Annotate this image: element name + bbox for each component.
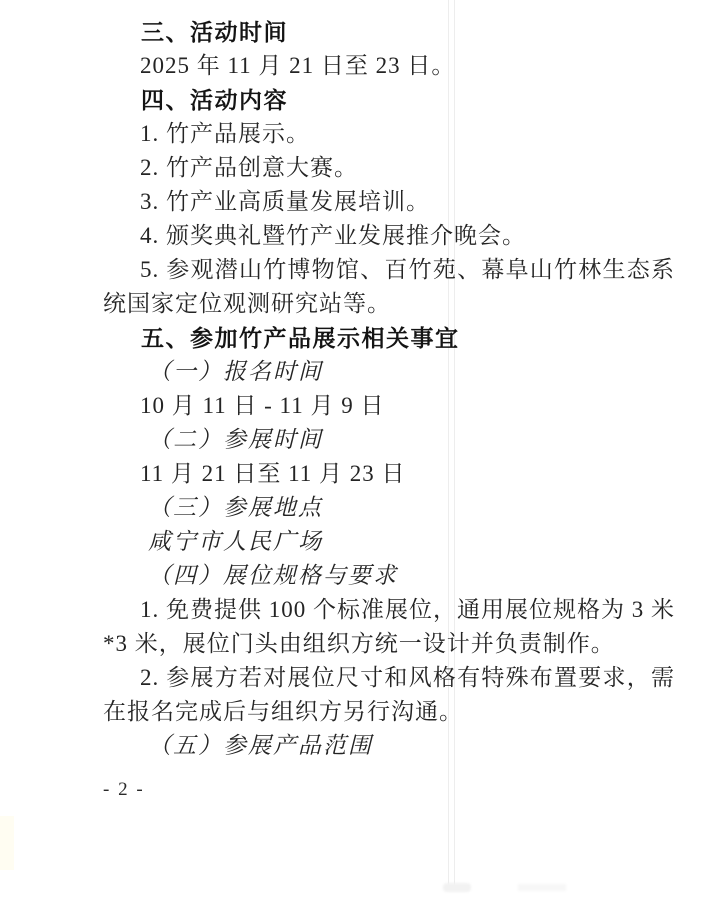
section-subheading: （一）报名时间 — [103, 355, 675, 389]
section-heading: 五、参加竹产品展示相关事宜 — [103, 321, 675, 355]
body-paragraph: 4. 颁奖典礼暨竹产业发展推介晚会。 — [103, 219, 675, 253]
body-paragraph: 3. 竹产业高质量发展培训。 — [103, 185, 675, 219]
section-heading: 四、活动内容 — [103, 83, 675, 117]
body-paragraph: 2. 竹产品创意大赛。 — [103, 151, 675, 185]
body-paragraph: 5. 参观潜山竹博物馆、百竹苑、幕阜山竹林生态系统国家定位观测研究站等。 — [103, 253, 675, 321]
scan-artifact-bottom-blob — [443, 883, 471, 892]
body-paragraph: 1. 竹产品展示。 — [103, 117, 675, 151]
body-paragraph: 10 月 11 日 - 11 月 9 日 — [103, 389, 675, 423]
body-paragraph: 11 月 21 日至 11 月 23 日 — [103, 457, 675, 491]
page-number: - 2 - — [103, 779, 145, 801]
section-subheading: （二）参展时间 — [103, 423, 675, 457]
document-page: 三、活动时间2025 年 11 月 21 日至 23 日。四、活动内容1. 竹产… — [0, 0, 725, 901]
section-heading: 三、活动时间 — [103, 15, 675, 49]
document-body: 三、活动时间2025 年 11 月 21 日至 23 日。四、活动内容1. 竹产… — [103, 15, 675, 763]
scan-artifact-bottom-smudge — [518, 884, 566, 891]
scan-artifact-left-smudge — [0, 816, 14, 870]
body-paragraph: 2. 参展方若对展位尺寸和风格有特殊布置要求，需在报名完成后与组织方另行沟通。 — [103, 661, 675, 729]
body-paragraph: 2025 年 11 月 21 日至 23 日。 — [103, 49, 675, 83]
section-subheading: （五）参展产品范围 — [103, 729, 675, 763]
section-subheading: （四）展位规格与要求 — [103, 559, 675, 593]
section-subheading: 咸宁市人民广场 — [103, 525, 675, 559]
section-subheading: （三）参展地点 — [103, 491, 675, 525]
body-paragraph: 1. 免费提供 100 个标准展位，通用展位规格为 3 米*3 米，展位门头由组… — [103, 593, 675, 661]
